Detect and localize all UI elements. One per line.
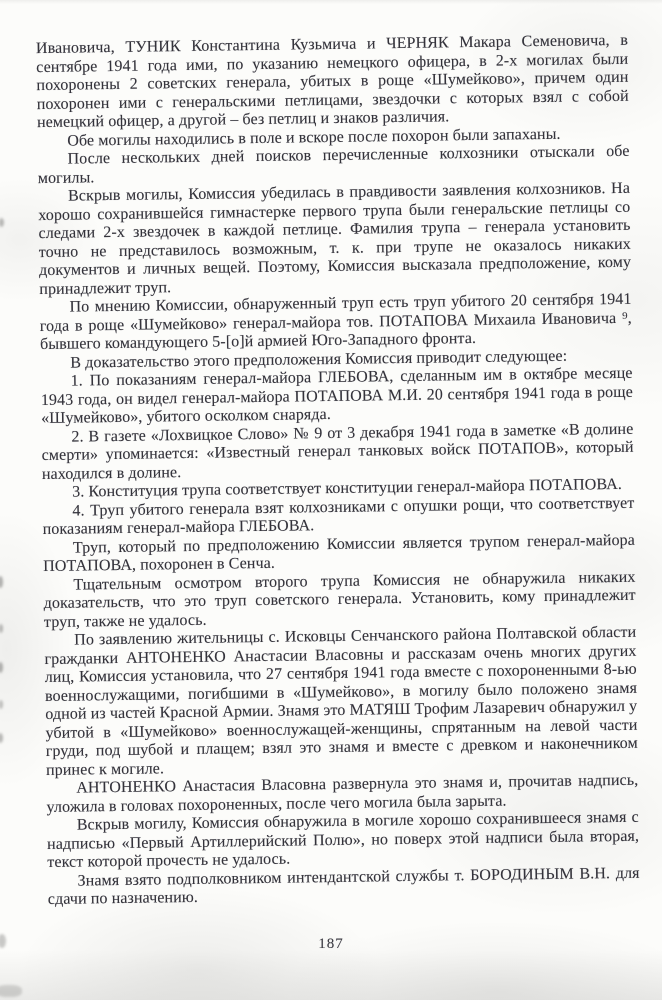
paragraph: Вскрыв могилы, Комиссия убедилась в прав… xyxy=(38,180,631,299)
paragraph: Тщательным осмотром второго трупа Комисс… xyxy=(43,568,636,632)
paragraph-numbered-2: 2. В газете «Лохвицкое Слово» № 9 от 3 д… xyxy=(41,420,634,484)
paragraph: По мнению Комиссии, обнаруженный труп ес… xyxy=(39,291,632,355)
scan-smudge xyxy=(0,218,4,227)
page-text: Ивановича, ТУНИК Константина Кузьмича и … xyxy=(36,32,640,910)
scan-smudge xyxy=(0,624,3,633)
scan-smudge xyxy=(0,733,3,743)
paragraph-numbered-1: 1. По показаниям генерал-майора ГЛЕБОВА,… xyxy=(41,365,634,429)
scan-smudge xyxy=(0,985,22,997)
paragraph: Вскрыв могилу, Комиссия обнаружила в мог… xyxy=(47,809,640,873)
paragraph: По заявлению жительницы с. Исковцы Сенча… xyxy=(44,624,638,780)
scan-smudge xyxy=(0,700,3,709)
paragraph: Знамя взято подполковником интендантской… xyxy=(47,864,639,909)
paragraph: Ивановича, ТУНИК Константина Кузьмича и … xyxy=(36,32,629,133)
scanned-page: Ивановича, ТУНИК Константина Кузьмича и … xyxy=(0,0,662,1000)
scan-smudge xyxy=(0,662,3,673)
page-number: 187 xyxy=(0,936,662,953)
scan-smudge xyxy=(0,576,3,588)
